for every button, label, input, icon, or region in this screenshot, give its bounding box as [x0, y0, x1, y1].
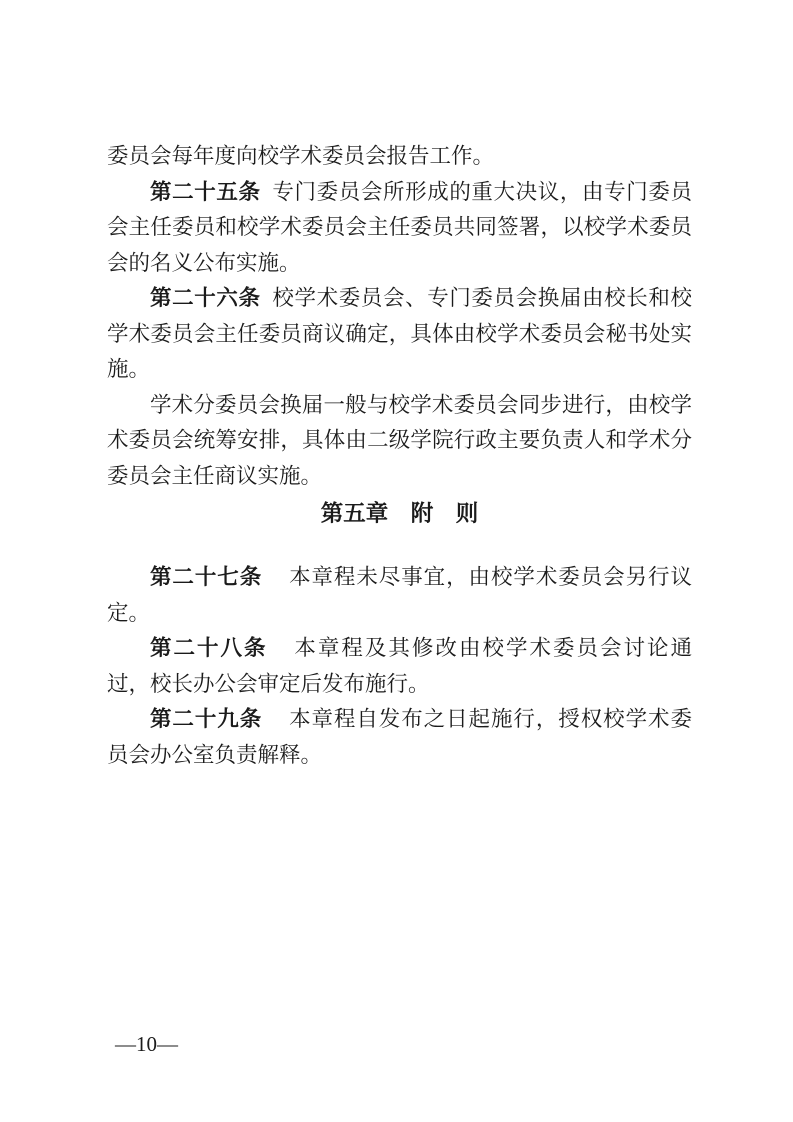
paragraph-article-28: 第二十八条本章程及其修改由校学术委员会讨论通过，校长办公会审定后发布施行。 — [107, 631, 692, 702]
paragraph-article-25: 第二十五条专门委员会所形成的重大决议，由专门委员会主任委员和校学术委员会主任委员… — [107, 175, 692, 282]
paragraph-article-27: 第二十七条本章程未尽事宜，由校学术委员会另行议定。 — [107, 560, 692, 631]
article-number: 第二十六条 — [150, 286, 261, 310]
document-body: 委员会每年度向校学术委员会报告工作。 第二十五条专门委员会所形成的重大决议，由专… — [107, 139, 692, 773]
chapter-heading: 第五章 附 则 — [107, 496, 692, 532]
article-number: 第二十五条 — [150, 180, 261, 204]
article-number: 第二十七条 — [150, 565, 262, 589]
paragraph-text: 学术分委员会换届一般与校学术委员会同步进行，由校学术委员会统筹安排，具体由二级学… — [107, 393, 692, 488]
paragraph-continuation: 委员会每年度向校学术委员会报告工作。 — [107, 139, 692, 175]
paragraph-article-29: 第二十九条本章程自发布之日起施行，授权校学术委员会办公室负责解释。 — [107, 702, 692, 773]
paragraph-article-26: 第二十六条校学术委员会、专门委员会换届由校长和校学术委员会主任委员商议确定，具体… — [107, 281, 692, 388]
page-number: —10— — [115, 1029, 178, 1059]
paragraph-plain: 学术分委员会换届一般与校学术委员会同步进行，由校学术委员会统筹安排，具体由二级学… — [107, 388, 692, 495]
paragraph-text: 委员会每年度向校学术委员会报告工作。 — [107, 144, 494, 168]
article-number: 第二十九条 — [150, 707, 262, 731]
article-number: 第二十八条 — [150, 636, 268, 660]
document-page: 委员会每年度向校学术委员会报告工作。 第二十五条专门委员会所形成的重大决议，由专… — [0, 0, 793, 1122]
